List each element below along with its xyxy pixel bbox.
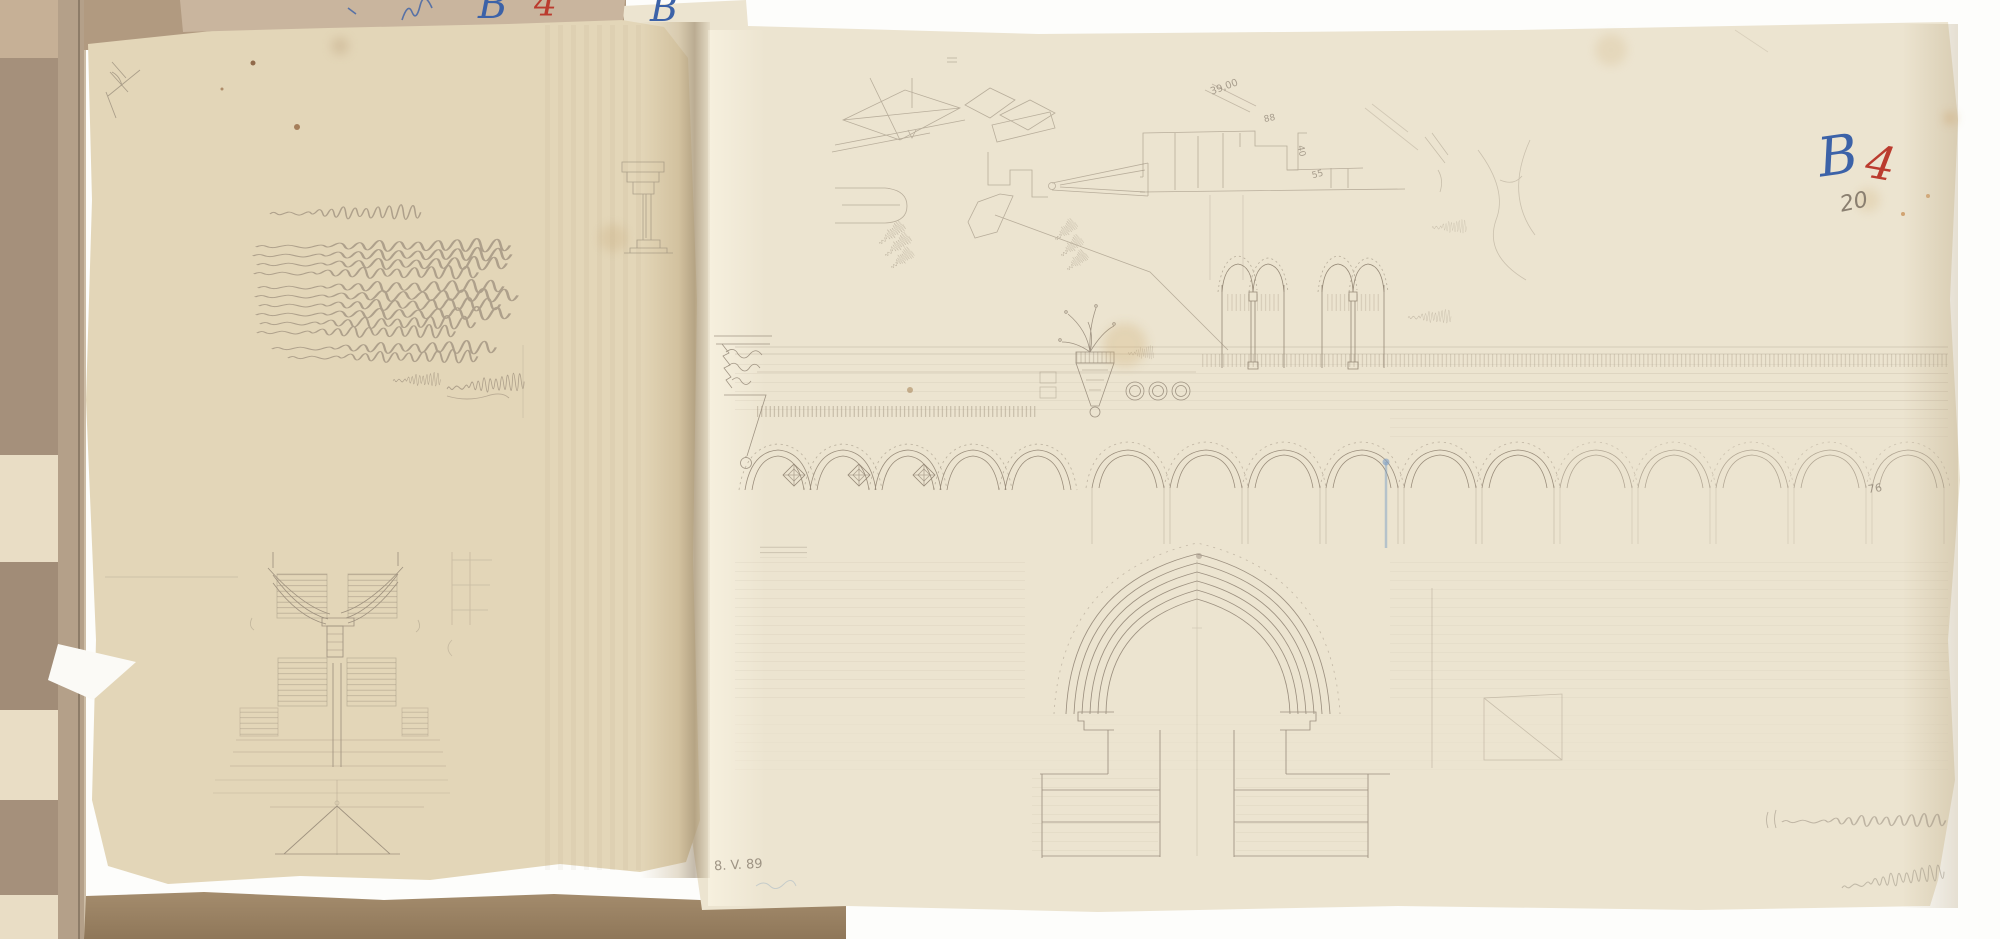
mount-seam <box>78 0 80 939</box>
left-sheet-creases <box>545 25 645 870</box>
mount-patch <box>0 0 62 58</box>
right-sheet-overlap-light <box>708 30 766 906</box>
mount-seam-highlight <box>84 0 86 939</box>
right-sheet-deckle-edge <box>1902 24 1958 908</box>
mount-strip-inner <box>58 0 86 939</box>
mount-patch <box>0 800 62 895</box>
mount-patch <box>0 562 62 710</box>
right-sheet <box>618 0 1964 918</box>
left-sheet-curled-edge <box>640 22 710 878</box>
scanned-archival-drawing: B 4 B B 4 20 8. V. 89 76 39,00 88 40 55 <box>0 0 2000 939</box>
mount-patch <box>0 58 62 455</box>
